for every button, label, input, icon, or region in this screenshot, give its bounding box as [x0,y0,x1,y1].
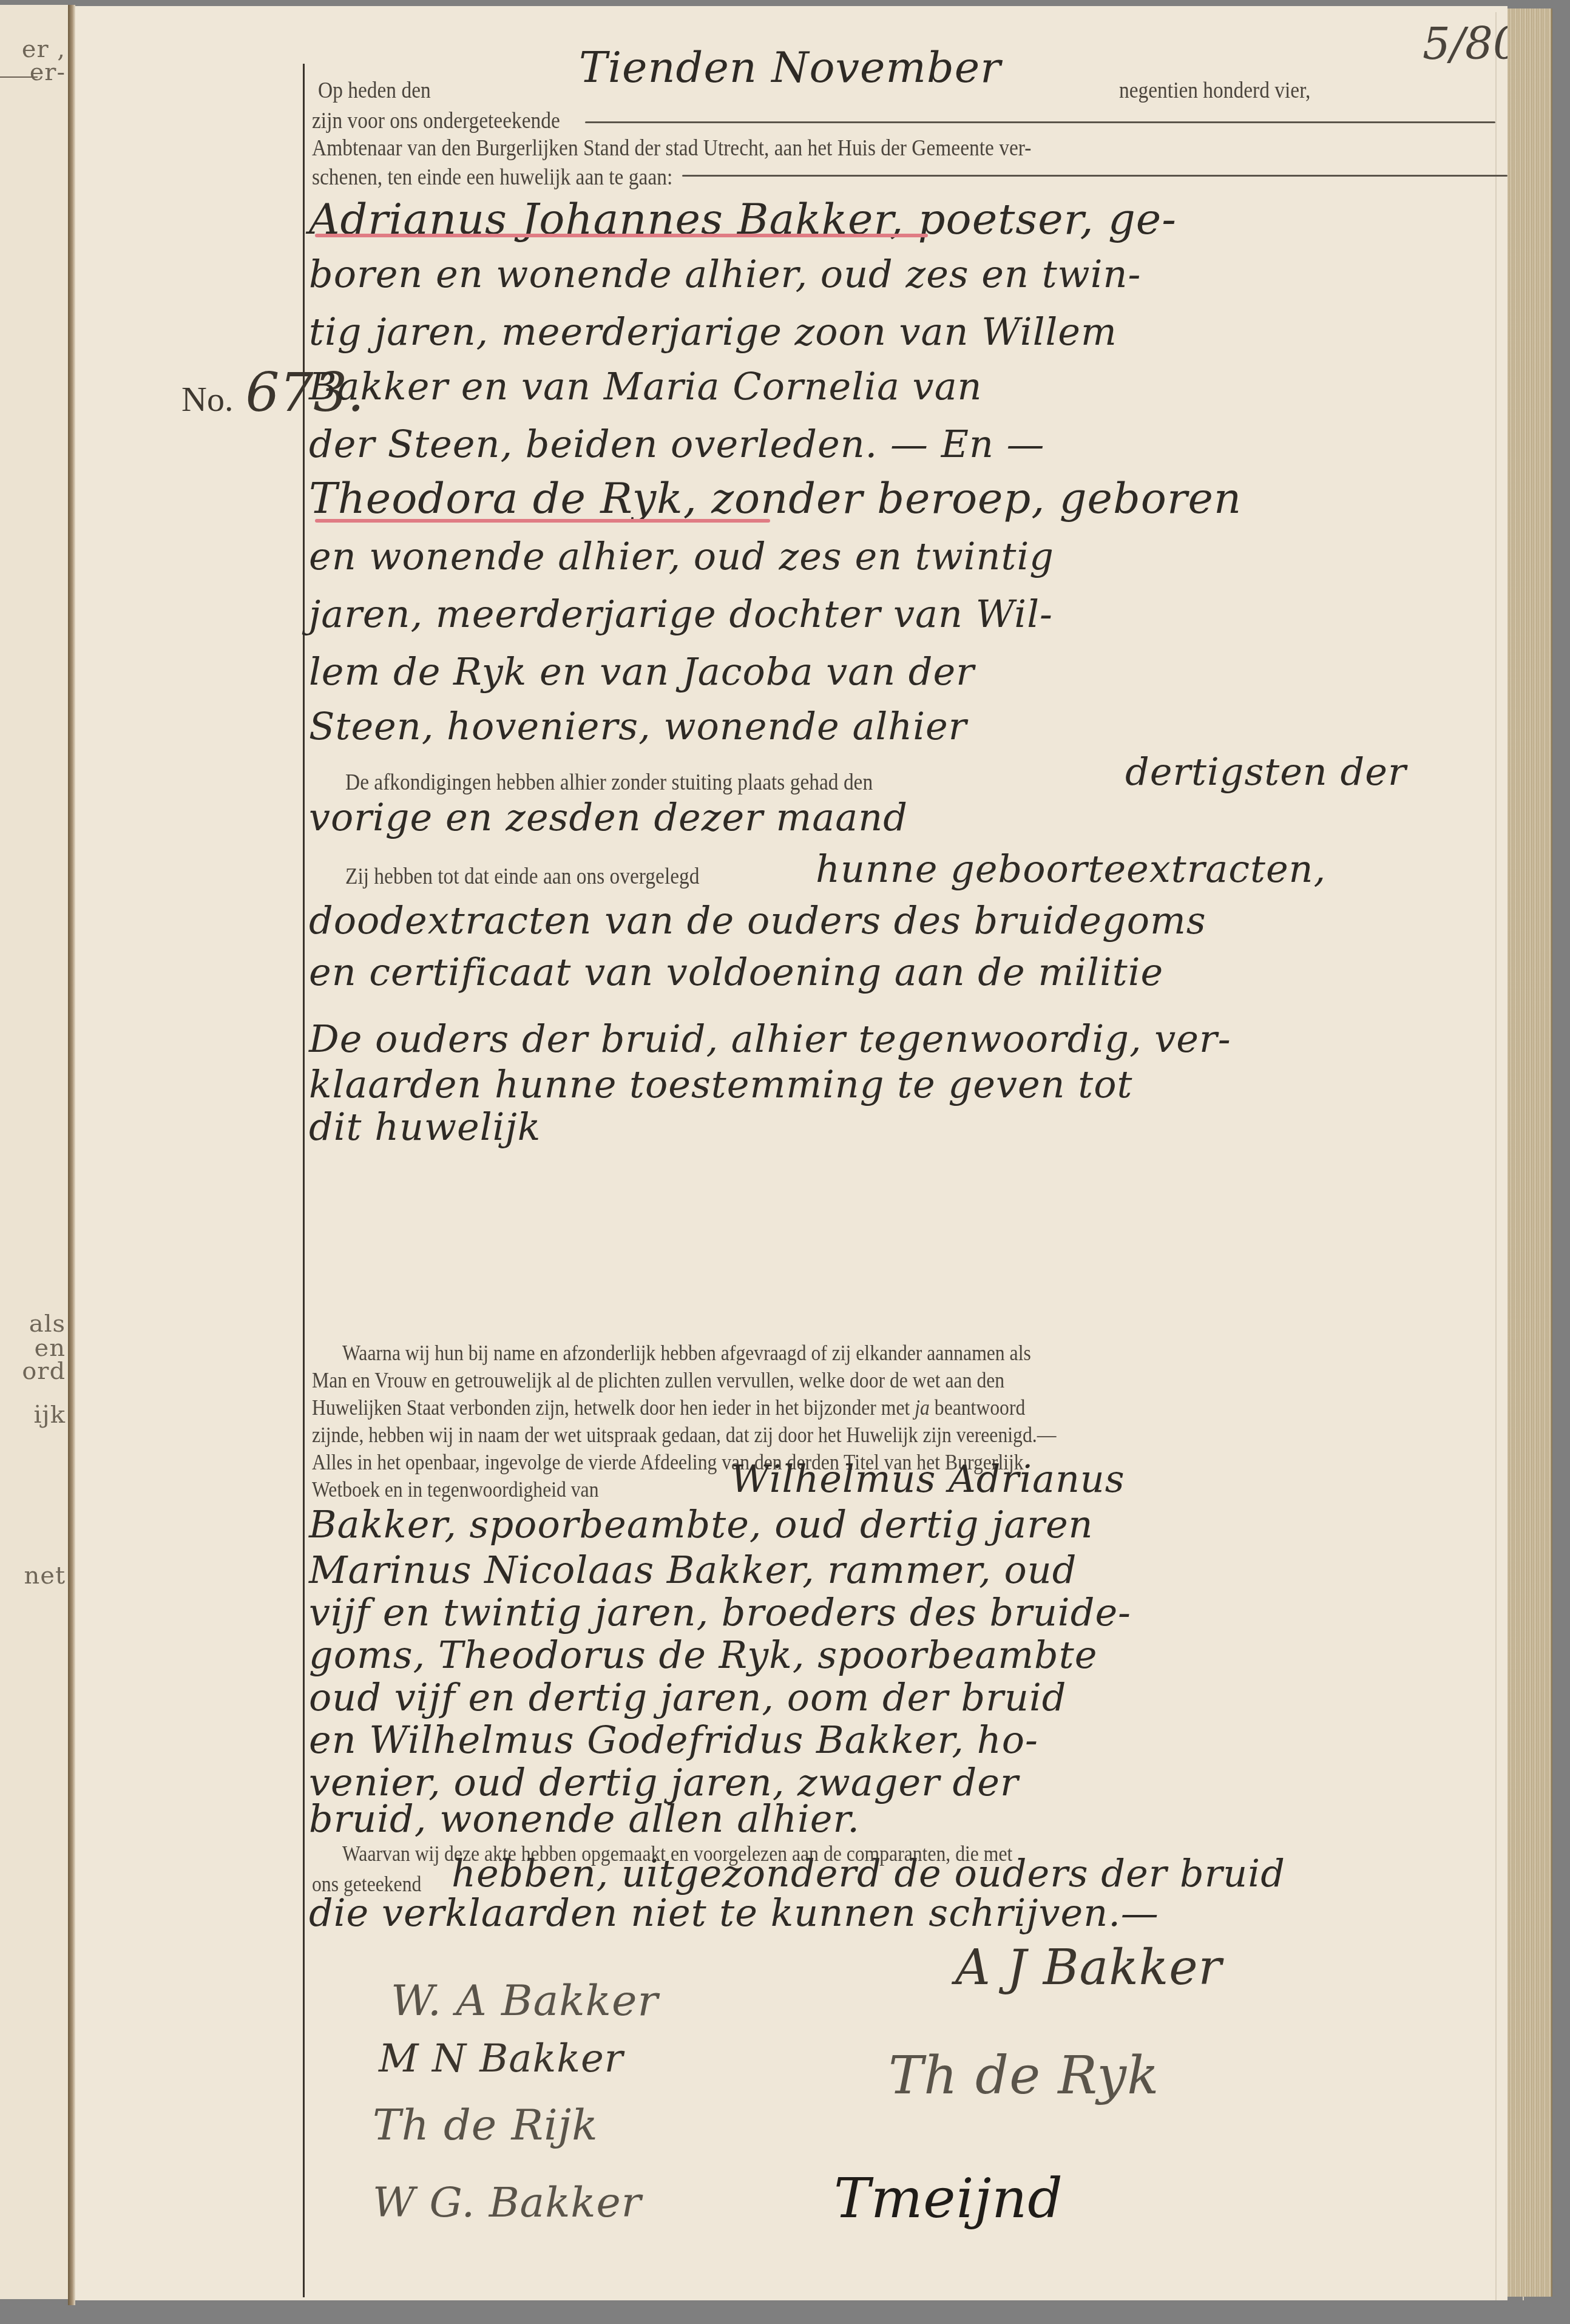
ja-word: ja [915,1395,930,1420]
consent-line: klaarden hunne toestemming te geven tot [309,1062,1132,1106]
documents-hand: en certificaat van voldoening aan de mil… [309,950,1163,994]
documents-hand: doodextracten van de ouders des bruidego… [309,898,1206,943]
witness-line: Bakker, spoorbeambte, oud dertig jaren [309,1502,1094,1547]
intro-printed: negentien honderd vier, [1119,76,1310,105]
ceremony-printed: Waarna wij hun bij name en afzonderlijk … [342,1338,1031,1367]
signature-witness-2: M N Bakker [379,2036,623,2081]
bride-line: jaren, meerderjarige dochter van Wil- [309,592,1053,636]
intro-printed: schenen, ten einde een huwelijk aan te g… [312,163,672,192]
left-page-text: ord [22,1357,66,1385]
witness-line: Wilhelmus Adrianus [731,1457,1125,1501]
left-page-text: ijk [34,1401,66,1429]
page-edges [1507,8,1552,2297]
record-number-label: No. [181,379,233,419]
signature-witness-4: W G. Bakker [373,2179,641,2227]
left-page-text: net [24,1562,66,1590]
groom-line: boren en wonende alhier, oud zes en twin… [309,252,1141,296]
hand-date: Tienden November [579,42,1001,92]
left-page-fragment: er , er- als en ord ijk net [0,5,70,2299]
right-margin-rule [1495,12,1497,2300]
ceremony-printed: Man en Vrouw en getrouwelijk al de plich… [312,1366,1004,1395]
groom-line: Bakker en van Maria Cornelia van [309,364,983,408]
signature-groom: A J Bakker [955,1939,1222,1996]
ceremony-printed: zijnde, hebben wij in naam der wet uitsp… [312,1420,1056,1449]
groom-name-underline [315,234,928,237]
ceremony-printed: Wetboek en in tegenwoordigheid van [312,1475,599,1504]
bride-name-underline [315,519,770,523]
left-page-rule [0,76,38,78]
bride-line: en wonende alhier, oud zes en twintig [309,534,1054,578]
ceremony-text: beantwoord [935,1395,1026,1420]
closing-hand: die verklaarden niet te kunnen schrijven… [309,1891,1159,1935]
groom-line: tig jaren, meerderjarige zoon van Willem [309,310,1117,354]
signature-witness-3: Th de Rijk [373,2100,598,2150]
groom-line: der Steen, beiden overleden. — En — [309,422,1045,466]
consent-line: dit huwelijk [309,1105,541,1149]
fill-line [585,121,1495,123]
proclamations-hand: vorige en zesden dezer maand [309,795,908,839]
consent-line: De ouders der bruid, alhier tegenwoordig… [309,1017,1231,1061]
witness-line: oud vijf en dertig jaren, oom der bruid [309,1675,1066,1719]
left-page-text: er- [30,58,66,86]
signature-witness-1: W. A Bakker [391,1976,658,2025]
witness-line: Marinus Nicolaas Bakker, rammer, oud [309,1548,1077,1592]
folio-number: 5/80 [1423,18,1521,69]
witness-line: en Wilhelmus Godefridus Bakker, ho- [309,1718,1038,1762]
ceremony-printed: Huwelijken Staat verbonden zijn, hetwelk… [312,1393,1025,1422]
intro-printed: zijn voor ons ondergeteekende [312,106,560,135]
witness-line: bruid, wonende allen alhier. [309,1797,860,1841]
book-gutter [68,5,75,2305]
register-page: 5/80 No.673. Op heden den Tienden Novemb… [75,6,1507,2300]
proclamations-hand: dertigsten der [1125,750,1407,794]
ceremony-text: Huwelijken Staat verbonden zijn, hetwelk… [312,1395,910,1420]
documents-hand: hunne geboorteextracten, [816,847,1326,891]
witness-line: vijf en twintig jaren, broeders des brui… [309,1590,1131,1635]
intro-printed: Ambtenaar van den Burgerlijken Stand der… [312,134,1031,163]
closing-hand: hebben, uitgezonderd de ouders der bruid [452,1851,1285,1895]
bride-line: Theodora de Ryk, zonder beroep, geboren [309,473,1242,523]
bride-line: Steen, hoveniers, wonende alhier [309,704,967,748]
witness-line: goms, Theodorus de Ryk, spoorbeambte [309,1633,1097,1677]
fill-line [682,175,1507,177]
proclamations-printed: De afkondigingen hebben alhier zonder st… [345,768,873,797]
intro-printed: Op heden den [318,76,431,105]
signature-official: Tmeijnd [834,2167,1063,2231]
bride-line: lem de Ryk en van Jacoba van der [309,649,975,694]
signature-bride: Th de Ryk [888,2045,1159,2106]
documents-printed: Zij hebben tot dat einde aan ons overgel… [345,862,699,891]
